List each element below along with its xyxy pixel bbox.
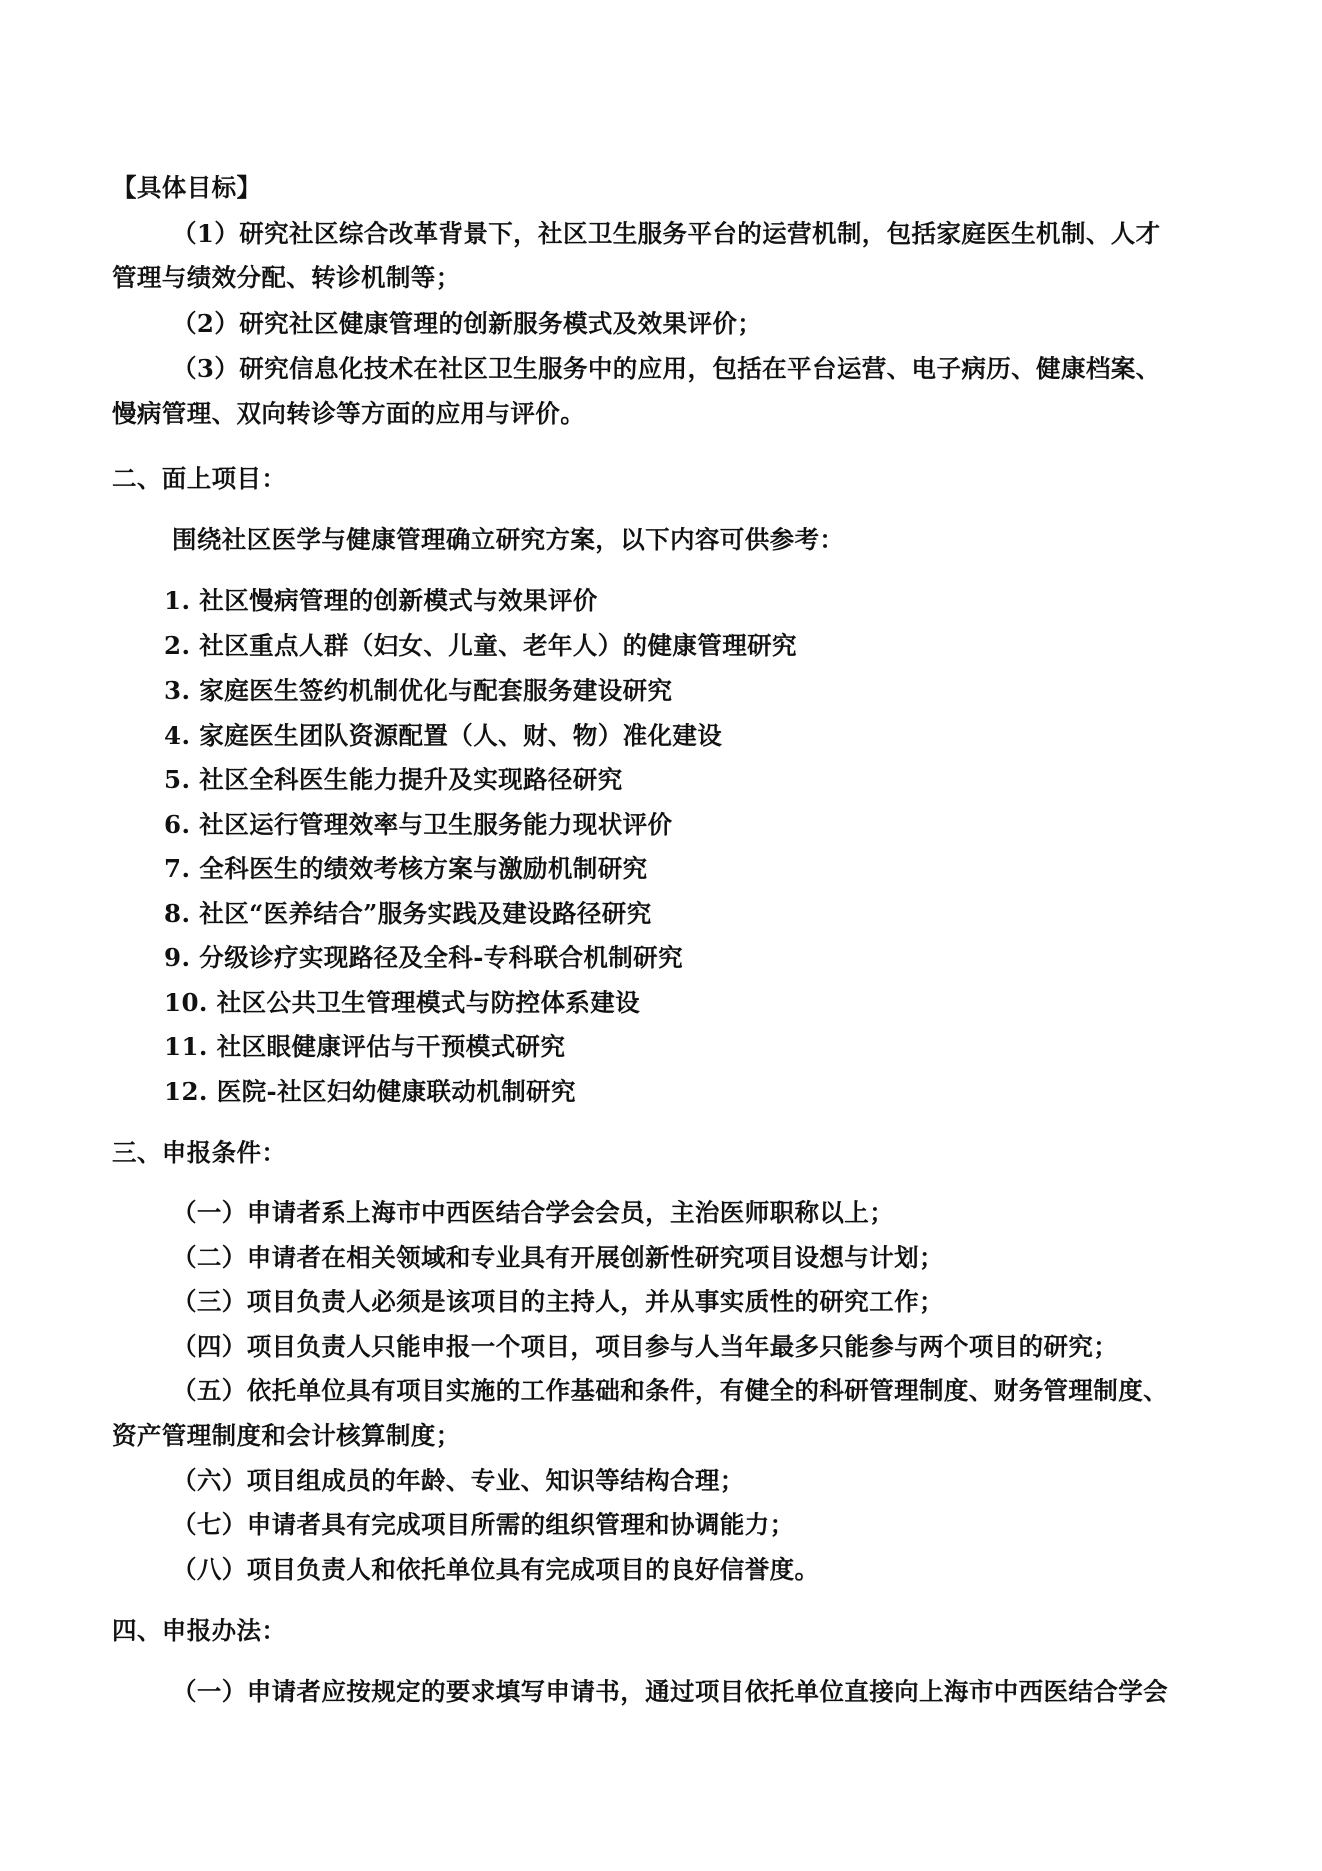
topic-item-11: 11. 社区眼健康评估与干预模式研究 [164, 1031, 565, 1063]
condition-1: （一）申请者系上海市中西医结合学会会员，主治医师职称以上； [172, 1197, 894, 1229]
topic-item-6: 6. 社区运行管理效率与卫生服务能力现状评价 [164, 809, 672, 841]
topic-item-4: 4. 家庭医生团队资源配置（人、财、物）准化建设 [164, 720, 722, 752]
condition-2: （二）申请者在相关领域和专业具有开展创新性研究项目设想与计划； [172, 1242, 944, 1274]
topic-item-5: 5. 社区全科医生能力提升及实现路径研究 [164, 764, 623, 796]
topic-item-8: 8. 社区“医养结合”服务实践及建设路径研究 [164, 898, 652, 930]
goal-item-2: （2）研究社区健康管理的创新服务模式及效果评价； [172, 308, 762, 340]
goal-item-3-line1: （3）研究信息化技术在社区卫生服务中的应用，包括在平台运营、电子病历、健康档案、 [172, 353, 1161, 385]
goal-item-1-line1: （1）研究社区综合改革背景下，社区卫生服务平台的运营机制，包括家庭医生机制、人才 [172, 218, 1161, 250]
section3-title: 三、申报条件： [112, 1137, 286, 1169]
condition-5-line2: 资产管理制度和会计核算制度； [112, 1420, 461, 1452]
condition-3: （三）项目负责人必须是该项目的主持人，并从事实质性的研究工作； [172, 1286, 944, 1318]
condition-6: （六）项目组成员的年龄、专业、知识等结构合理； [172, 1465, 745, 1497]
topic-item-12: 12. 医院-社区妇幼健康联动机制研究 [164, 1076, 576, 1108]
condition-5-line1: （五）依托单位具有项目实施的工作基础和条件，有健全的科研管理制度、财务管理制度、 [172, 1375, 1168, 1407]
topic-item-1: 1. 社区慢病管理的创新模式与效果评价 [164, 585, 598, 617]
goal-item-3-line2: 慢病管理、双向转诊等方面的应用与评价。 [112, 398, 585, 430]
document-page: 【具体目标】 （1）研究社区综合改革背景下，社区卫生服务平台的运营机制，包括家庭… [0, 0, 1322, 1871]
section2-title: 二、面上项目： [112, 463, 286, 495]
topic-item-10: 10. 社区公共卫生管理模式与防控体系建设 [164, 987, 640, 1019]
condition-7: （七）申请者具有完成项目所需的组织管理和协调能力； [172, 1509, 795, 1541]
topic-item-9: 9. 分级诊疗实现路径及全科-专科联合机制研究 [164, 942, 683, 974]
section2-intro: 围绕社区医学与健康管理确立研究方案，以下内容可供参考： [172, 524, 844, 556]
topic-item-2: 2. 社区重点人群（妇女、儿童、老年人）的健康管理研究 [164, 630, 797, 662]
goal-item-1-line2: 管理与绩效分配、转诊机制等； [112, 262, 461, 294]
topic-item-7: 7. 全科医生的绩效考核方案与激励机制研究 [164, 853, 648, 885]
section4-title: 四、申报办法： [112, 1615, 286, 1647]
condition-4: （四）项目负责人只能申报一个项目，项目参与人当年最多只能参与两个项目的研究； [172, 1331, 1118, 1363]
method-1: （一）申请者应按规定的要求填写申请书，通过项目依托单位直接向上海市中西医结合学会 [172, 1676, 1168, 1708]
topic-item-3: 3. 家庭医生签约机制优化与配套服务建设研究 [164, 675, 672, 707]
condition-8: （八）项目负责人和依托单位具有完成项目的良好信誉度。 [172, 1554, 819, 1586]
specific-goals-title: 【具体目标】 [112, 172, 261, 204]
